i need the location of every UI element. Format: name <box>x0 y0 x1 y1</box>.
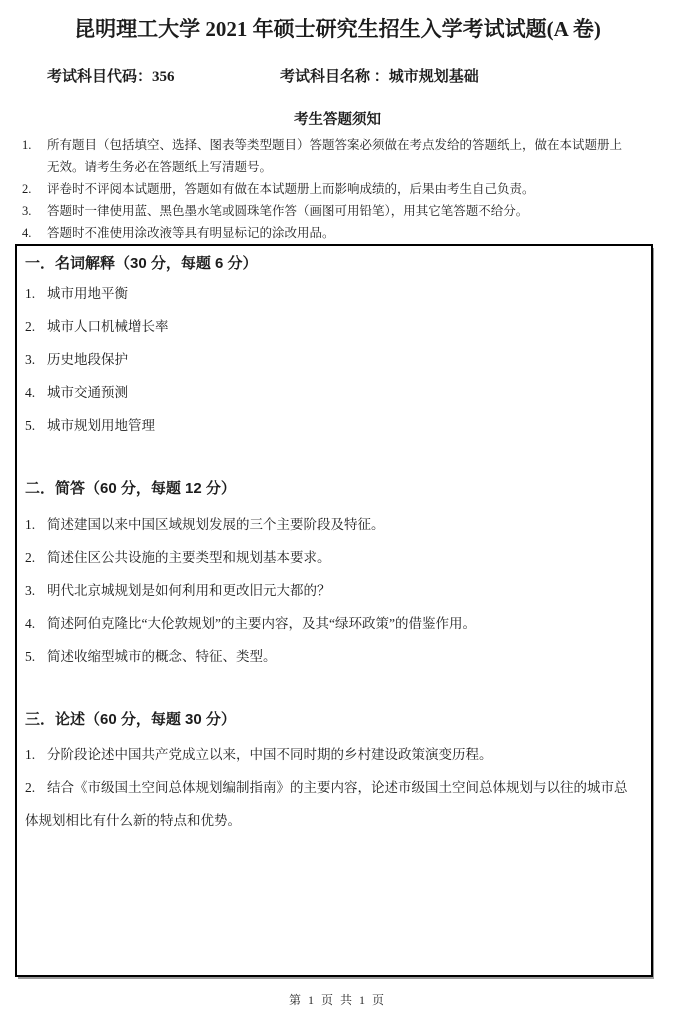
question-number: 2. <box>25 310 47 343</box>
subject-row: 考试科目代码：356 考试科目名称 ：城市规划基础 <box>0 67 675 87</box>
question-number: 3. <box>25 343 47 376</box>
question-text: 城市交通预测 <box>47 385 128 400</box>
question-text: 简述阿伯克隆比“大伦敦规划”的主要内容，及其“绿环政策”的借鉴作用。 <box>47 616 476 631</box>
section-essay-questions: 1.分阶段论述中国共产党成立以来，中国不同时期的乡村建设政策演变历程。 2.结合… <box>25 738 643 837</box>
notice-item-text: 所有题目（包括填空、选择、图表等类型题目）答题答案必须做在考点发给的答题纸上，做… <box>47 134 633 178</box>
question-row: 1.城市用地平衡 <box>25 277 630 310</box>
question-number: 1. <box>25 277 47 310</box>
notice-item: 3. 答题时一律使用蓝、黑色墨水笔或圆珠笔作答（画图可用铅笔），用其它笔答题不给… <box>0 200 675 222</box>
question-number: 5. <box>25 640 47 673</box>
question-row: 5.简述收缩型城市的概念、特征、类型。 <box>25 640 630 673</box>
question-text: 城市用地平衡 <box>47 286 128 301</box>
exam-paper-page: 昆明理工大学 2021 年硕士研究生招生入学考试试题(A 卷) 考试科目代码：3… <box>0 0 675 1023</box>
subject-code-value: 356 <box>152 69 175 85</box>
page-footer: 第 1 页 共 1 页 <box>0 991 675 1008</box>
question-number: 1. <box>25 508 47 541</box>
question-text: 城市规划用地管理 <box>47 418 155 433</box>
notice-item-number: 3. <box>22 200 47 222</box>
notice-item-text: 答题时不准使用涂改液等具有明显标记的涂改用品。 <box>47 222 633 244</box>
section-terms: 一．名词解释（30 分，每题 6 分） 1.城市用地平衡 2.城市人口机械增长率… <box>25 254 643 442</box>
question-row: 1.简述建国以来中国区域规划发展的三个主要阶段及特征。 <box>25 508 630 541</box>
question-row: 2.结合《市级国土空间总体规划编制指南》的主要内容，论述市级国土空间总体规划与以… <box>25 771 630 837</box>
question-row: 3.明代北京城规划是如何利用和更改旧元大都的？ <box>25 574 630 607</box>
question-box: 一．名词解释（30 分，每题 6 分） 1.城市用地平衡 2.城市人口机械增长率… <box>15 244 653 977</box>
question-row: 4.城市交通预测 <box>25 376 630 409</box>
question-row: 2.城市人口机械增长率 <box>25 310 630 343</box>
subject-name: 考试科目名称 ：城市规划基础 <box>280 67 479 87</box>
question-text: 结合《市级国土空间总体规划编制指南》的主要内容，论述市级国土空间总体规划与以往的… <box>25 780 628 828</box>
notice-item-number: 1. <box>22 134 47 178</box>
notice-list: 1. 所有题目（包括填空、选择、图表等类型题目）答题答案必须做在考点发给的答题纸… <box>0 134 675 244</box>
question-number: 4. <box>25 607 47 640</box>
notice-item-number: 2. <box>22 178 47 200</box>
question-text: 分阶段论述中国共产党成立以来，中国不同时期的乡村建设政策演变历程。 <box>47 747 493 762</box>
page-title: 昆明理工大学 2021 年硕士研究生招生入学考试试题(A 卷) <box>0 0 675 43</box>
question-row: 1.分阶段论述中国共产党成立以来，中国不同时期的乡村建设政策演变历程。 <box>25 738 630 771</box>
question-number: 5. <box>25 409 47 442</box>
question-number: 4. <box>25 376 47 409</box>
subject-name-label: 考试科目名称 ： <box>280 69 389 85</box>
section-essay: 三．论述（60 分，每题 30 分） 1.分阶段论述中国共产党成立以来，中国不同… <box>25 710 643 837</box>
section-essay-heading: 三．论述（60 分，每题 30 分） <box>25 710 643 730</box>
section-short-answer-heading: 二．简答（60 分，每题 12 分） <box>25 479 643 499</box>
question-text: 城市人口机械增长率 <box>47 319 169 334</box>
notice-item-text: 评卷时不评阅本试题册，答题如有做在本试题册上而影响成绩的，后果由考生自己负责。 <box>47 178 633 200</box>
question-text: 历史地段保护 <box>47 352 128 367</box>
question-number: 3. <box>25 574 47 607</box>
subject-code-label: 考试科目代码： <box>47 69 152 85</box>
question-text: 明代北京城规划是如何利用和更改旧元大都的？ <box>47 583 331 598</box>
notice-item: 4. 答题时不准使用涂改液等具有明显标记的涂改用品。 <box>0 222 675 244</box>
section-terms-questions: 1.城市用地平衡 2.城市人口机械增长率 3.历史地段保护 4.城市交通预测 5… <box>25 277 643 442</box>
notice-item-number: 4. <box>22 222 47 244</box>
question-number: 2. <box>25 771 47 804</box>
section-terms-heading: 一．名词解释（30 分，每题 6 分） <box>25 254 643 274</box>
subject-name-value: 城市规划基础 <box>389 69 479 85</box>
notice-item: 2. 评卷时不评阅本试题册，答题如有做在本试题册上而影响成绩的，后果由考生自己负… <box>0 178 675 200</box>
question-row: 5.城市规划用地管理 <box>25 409 630 442</box>
question-row: 2.简述住区公共设施的主要类型和规划基本要求。 <box>25 541 630 574</box>
question-number: 1. <box>25 738 47 771</box>
notice-title: 考生答题须知 <box>0 110 675 130</box>
question-row: 4.简述阿伯克隆比“大伦敦规划”的主要内容，及其“绿环政策”的借鉴作用。 <box>25 607 630 640</box>
section-short-answer: 二．简答（60 分，每题 12 分） 1.简述建国以来中国区域规划发展的三个主要… <box>25 479 643 673</box>
question-text: 简述建国以来中国区域规划发展的三个主要阶段及特征。 <box>47 517 385 532</box>
question-text: 简述住区公共设施的主要类型和规划基本要求。 <box>47 550 331 565</box>
subject-code: 考试科目代码：356 <box>47 67 175 87</box>
section-short-answer-questions: 1.简述建国以来中国区域规划发展的三个主要阶段及特征。 2.简述住区公共设施的主… <box>25 508 643 673</box>
question-number: 2. <box>25 541 47 574</box>
notice-item-text: 答题时一律使用蓝、黑色墨水笔或圆珠笔作答（画图可用铅笔），用其它笔答题不给分。 <box>47 200 633 222</box>
question-row: 3.历史地段保护 <box>25 343 630 376</box>
notice-item: 1. 所有题目（包括填空、选择、图表等类型题目）答题答案必须做在考点发给的答题纸… <box>0 134 675 178</box>
question-text: 简述收缩型城市的概念、特征、类型。 <box>47 649 277 664</box>
